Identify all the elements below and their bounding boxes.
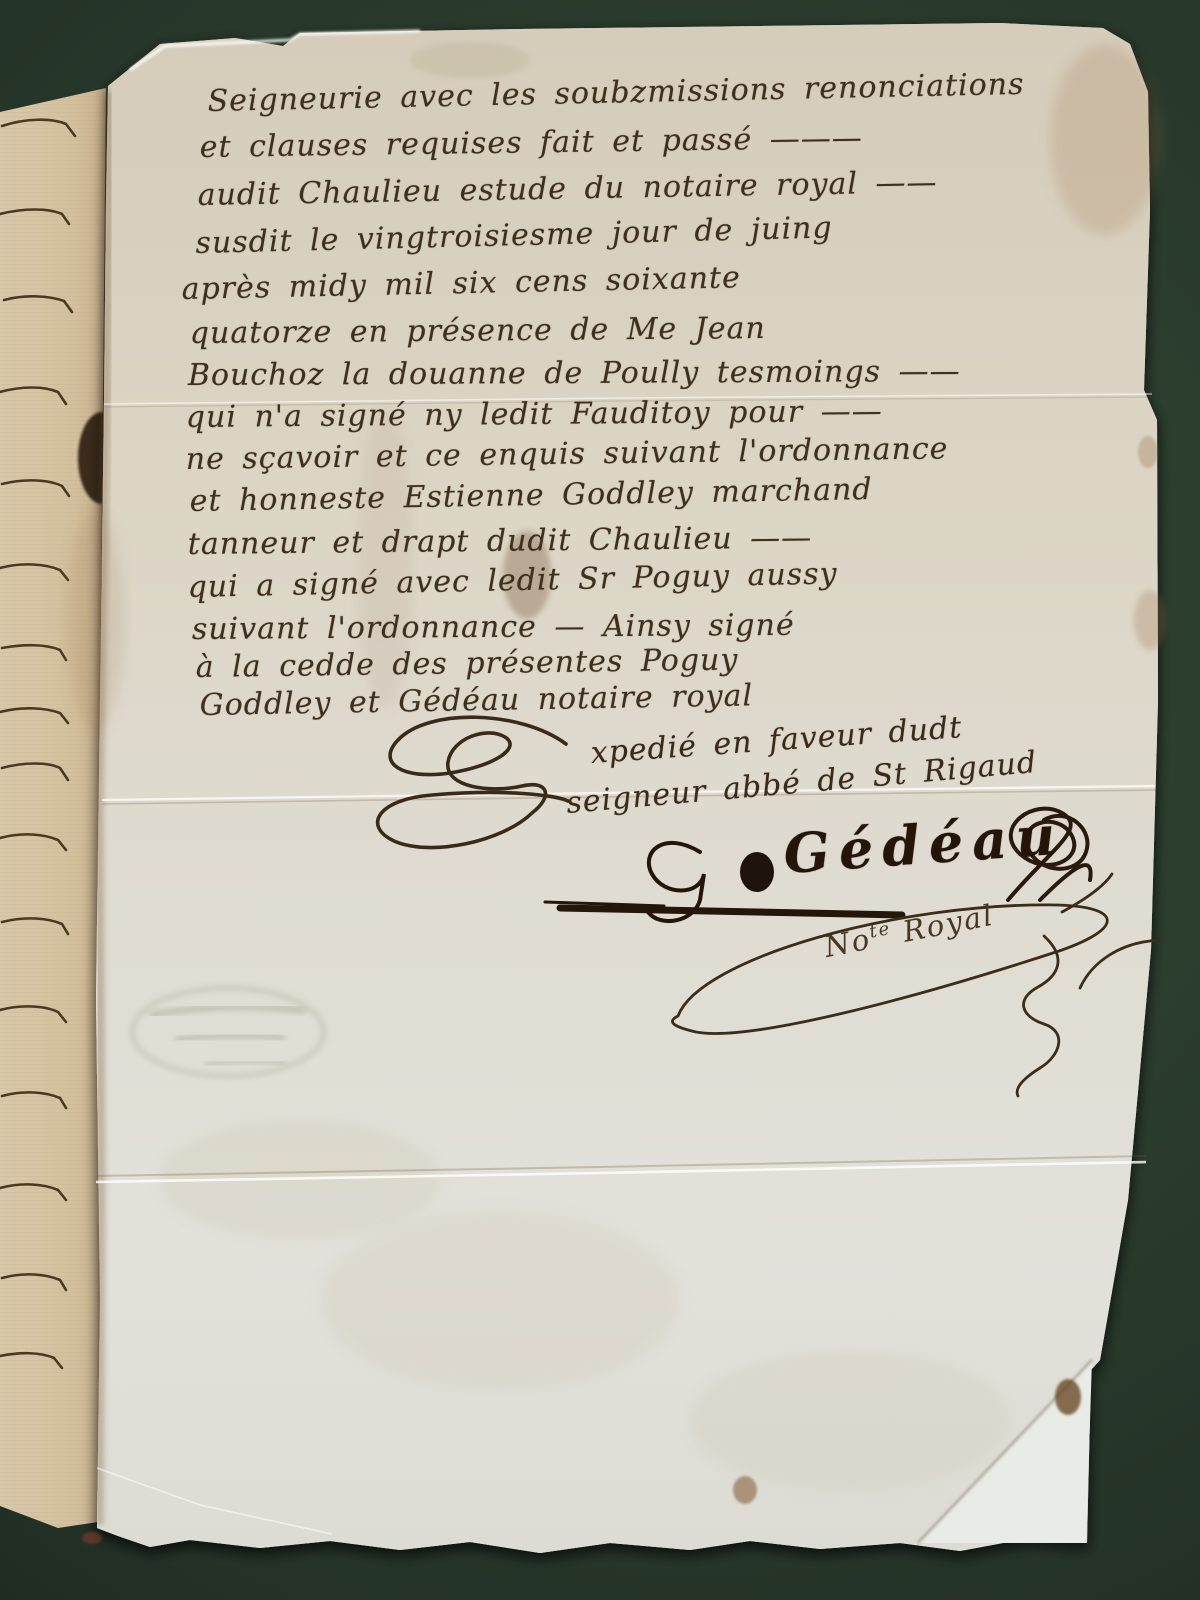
signature-ink-blot [740, 852, 774, 892]
corner-fold-stain [1055, 1379, 1081, 1415]
stain [1134, 590, 1166, 650]
mottling [690, 1350, 1010, 1490]
stain [503, 531, 551, 619]
stain [1138, 436, 1158, 468]
manuscript-photo: Seigneurie avec les soubzmissions renonc… [0, 0, 1200, 1600]
brown-spot [733, 1476, 757, 1504]
paper-artwork [0, 0, 1200, 1600]
mottling [320, 1210, 680, 1390]
show-through-column [65, 510, 125, 730]
stain [1050, 45, 1160, 235]
ghost-mark [410, 42, 530, 78]
show-through-column [357, 410, 413, 710]
facing-page-texture [0, 88, 106, 1528]
red-spot [82, 1532, 102, 1544]
